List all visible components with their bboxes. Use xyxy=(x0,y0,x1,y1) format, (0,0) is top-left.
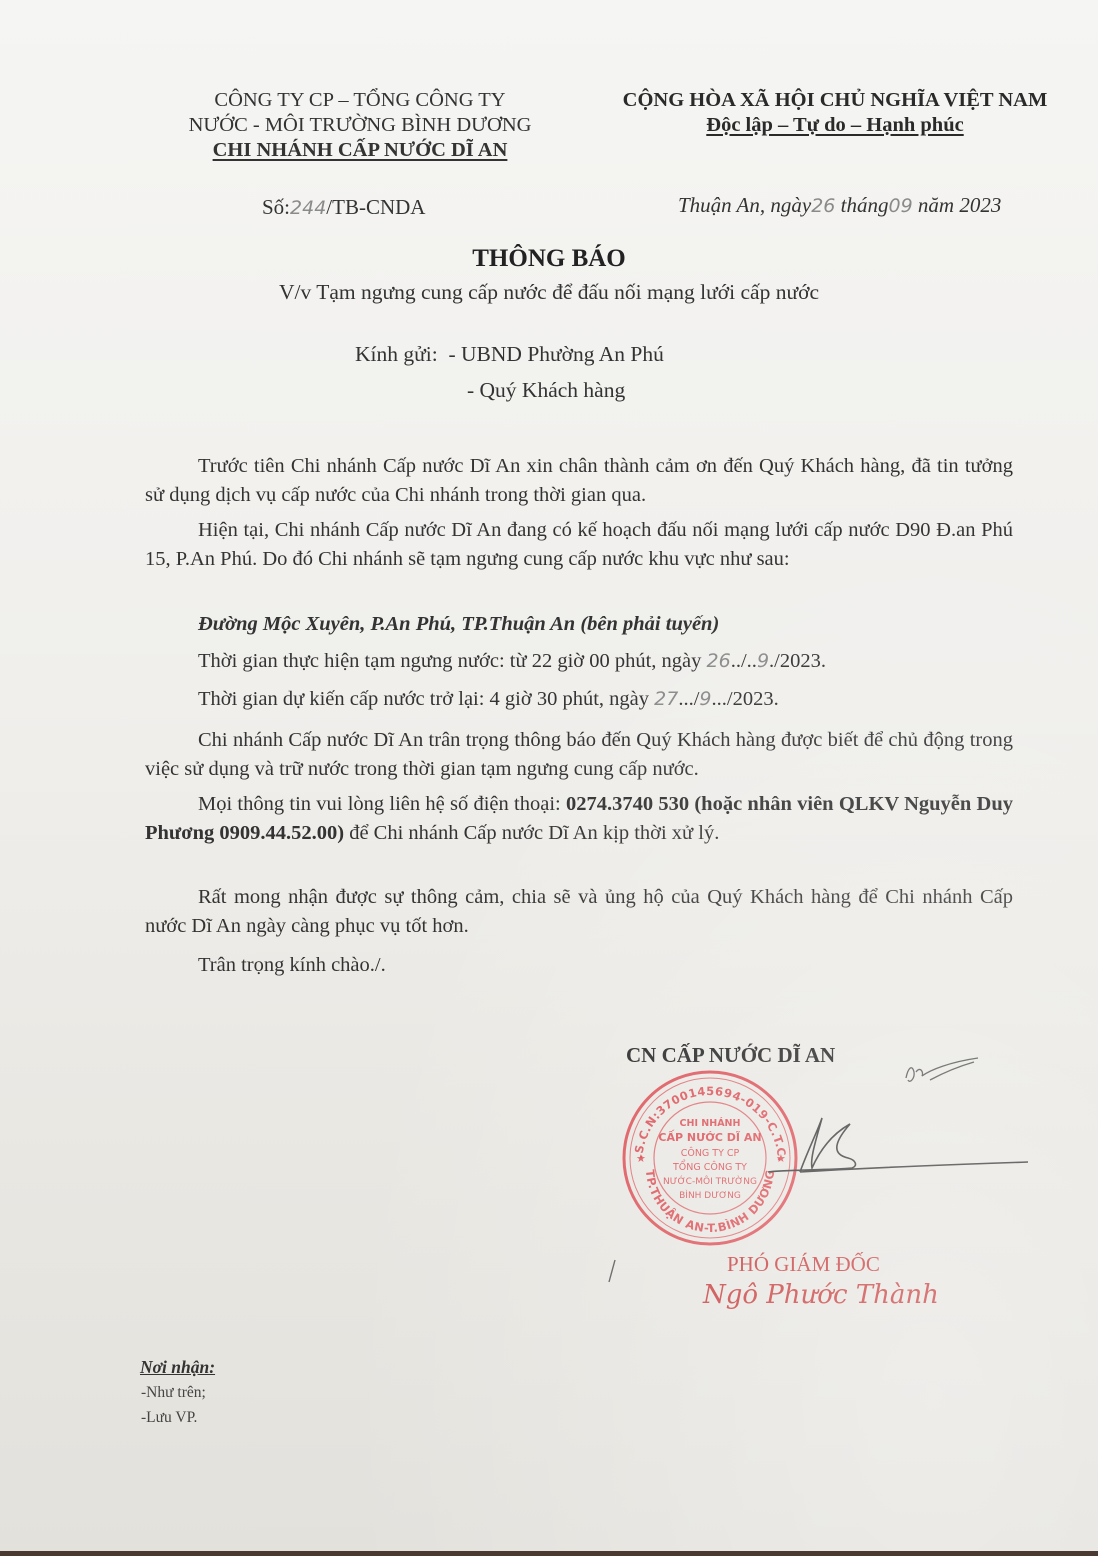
signer-organization: CN CẤP NƯỚC DĨ AN xyxy=(626,1043,835,1068)
svg-text:CHI NHÁNH: CHI NHÁNH xyxy=(680,1117,741,1129)
svg-text:TỔNG CÔNG TY: TỔNG CÔNG TY xyxy=(672,1160,747,1173)
national-title: CỘNG HÒA XÃ HỘI CHỦ NGHĨA VIỆT NAM xyxy=(590,88,1080,113)
initial-mark-icon xyxy=(900,1050,980,1090)
svg-text:★: ★ xyxy=(636,1153,646,1165)
document-date: Thuận An, ngày26 tháng09 năm 2023 xyxy=(678,193,1001,218)
document-title: THÔNG BÁO xyxy=(0,245,1098,273)
resume-time: Thời gian dự kiến cấp nước trở lại: 4 gi… xyxy=(198,688,779,711)
svg-text:CẤP NƯỚC DĨ AN: CẤP NƯỚC DĨ AN xyxy=(658,1129,761,1144)
svg-text:BÌNH DƯƠNG: BÌNH DƯƠNG xyxy=(679,1189,741,1201)
cc-recipient-item: -Lưu VP. xyxy=(141,1409,197,1427)
handwritten-month: 09 xyxy=(888,195,912,217)
document-page: CÔNG TY CP – TỔNG CÔNG TY NƯỚC - MÔI TRƯ… xyxy=(0,0,1098,1551)
body-paragraph-thanks: Trước tiên Chi nhánh Cấp nước Dĩ An xin … xyxy=(145,452,1013,510)
issuer-line-1: CÔNG TY CP – TỔNG CÔNG TY xyxy=(150,88,570,113)
recipient-item: - Quý Khách hàng xyxy=(467,378,625,403)
body-paragraph-plan: Hiện tại, Chi nhánh Cấp nước Dĩ An đang … xyxy=(145,516,1013,574)
national-header: CỘNG HÒA XÃ HỘI CHỦ NGHĨA VIỆT NAM Độc l… xyxy=(590,88,1080,138)
body-paragraph-appreciation: Rất mong nhận được sự thông cảm, chia sẽ… xyxy=(145,883,1013,941)
issuer-branch: CHI NHÁNH CẤP NƯỚC DĨ AN xyxy=(150,138,570,163)
handwritten-signature-icon xyxy=(760,1110,1030,1180)
signer-name: Ngô Phước Thành xyxy=(703,1280,939,1310)
stop-time: Thời gian thực hiện tạm ngưng nước: từ 2… xyxy=(198,650,826,673)
cc-recipients-label: Nơi nhận: xyxy=(140,1357,215,1378)
signer-position: PHÓ GIÁM ĐỐC xyxy=(727,1252,880,1277)
issuer-line-2: NƯỚC - MÔI TRƯỜNG BÌNH DƯƠNG xyxy=(150,113,570,138)
body-paragraph-contact: Mọi thông tin vui lòng liên hệ số điện t… xyxy=(145,790,1013,848)
recipients-to-line-1: Kính gửi: - UBND Phường An Phú xyxy=(355,342,664,367)
issuer-header: CÔNG TY CP – TỔNG CÔNG TY NƯỚC - MÔI TRƯ… xyxy=(150,88,570,163)
recipients-to-label: Kính gửi: xyxy=(355,342,438,366)
body-paragraph-notice: Chi nhánh Cấp nước Dĩ An trân trọng thôn… xyxy=(145,726,1013,784)
document-number: Số:244/TB-CNDA xyxy=(262,195,425,220)
document-subtitle: V/v Tạm ngưng cung cấp nước để đấu nối m… xyxy=(0,280,1098,305)
cc-recipient-item: -Như trên; xyxy=(141,1384,206,1402)
handwritten-resume-month: 9 xyxy=(699,688,711,710)
handwritten-stop-day: 26 xyxy=(707,650,731,672)
svg-text:CÔNG TY CP: CÔNG TY CP xyxy=(681,1147,740,1159)
svg-text:NƯỚC-MÔI TRƯỜNG: NƯỚC-MÔI TRƯỜNG xyxy=(663,1175,757,1187)
affected-area: Đường Mộc Xuyên, P.An Phú, TP.Thuận An (… xyxy=(198,613,719,636)
handwritten-stop-month: 9 xyxy=(757,650,769,672)
stray-pen-mark-icon xyxy=(606,1258,618,1284)
national-motto: Độc lập – Tự do – Hạnh phúc xyxy=(706,114,963,136)
closing-line: Trân trọng kính chào./. xyxy=(198,954,386,977)
recipient-item: - UBND Phường An Phú xyxy=(448,342,663,366)
handwritten-number: 244 xyxy=(290,197,326,219)
handwritten-day: 26 xyxy=(811,195,835,217)
handwritten-resume-day: 27 xyxy=(654,688,678,710)
